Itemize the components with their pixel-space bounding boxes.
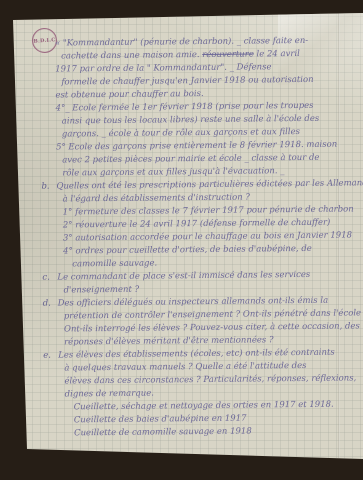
line-text: Des officiers délégués ou inspecteurs al… <box>58 296 329 309</box>
section-marker: b. <box>41 181 56 194</box>
line-text: rôle aux garçons et aux filles jusqu'à l… <box>62 166 284 178</box>
struck-word: réouverture <box>202 49 254 60</box>
line-text: Cueillette de camomille sauvage en 1918 <box>74 426 252 438</box>
section-marker: e. <box>43 350 58 363</box>
line-text: à l'égard des établissements d'instructi… <box>63 193 250 205</box>
line-text: à quelques travaux manuels ? Quelle a ét… <box>64 361 306 374</box>
line-text: réponses d'élèves méritant d'être mentio… <box>64 335 274 347</box>
scanned-document-page: B.D.I.C « "Kommandantur" (pénurie de cha… <box>0 0 363 480</box>
handwritten-text-block: « "Kommandantur" (pénurie de charbon). _… <box>40 34 363 440</box>
section-marker: d. <box>43 298 58 311</box>
line-text: 5° Ecole des garçons prise entièrement l… <box>56 140 337 153</box>
line-text: 2° réouverture le 24 avril 1917 (défense… <box>63 218 331 231</box>
line-text: est obtenue pour chauffer au bois. <box>55 89 203 101</box>
line-text: d'enseignement ? <box>63 285 139 296</box>
line-text: Cueillette, séchage et nettoyage des ort… <box>74 400 334 413</box>
line-text: Cueillette des baies d'aubépine en 1917 <box>74 414 247 426</box>
line-text: garçons. _ école à tour de rôle aux garç… <box>62 127 300 139</box>
line-text: formelle de chauffer jusqu'en Janvier 19… <box>61 75 313 88</box>
line-text: ainsi que tous les locaux libres) reste … <box>62 114 320 127</box>
line-text: 1° fermeture des classes le 7 février 19… <box>63 204 354 217</box>
line-text: élèves dans ces circonstances ? Particul… <box>64 373 356 386</box>
line-text: 4°_ Ecole fermée le 1er février 1918 (pr… <box>56 101 314 114</box>
line-text: 3° autorisation accordée pour le chauffa… <box>63 230 352 243</box>
line-text: Le commandant de place s'est-il immiscé … <box>57 270 310 283</box>
line-text: 1917 par ordre de la " Kommandantur". _ … <box>55 62 271 74</box>
line-text: prétention de contrôler l'enseignement ?… <box>64 308 363 321</box>
line-text: dignes de remarque. <box>65 389 154 400</box>
line-text: Ont-ils interrogé les élèves ? Pouvez-vo… <box>64 321 360 334</box>
line-text: cachette dans une maison amie. <box>61 50 202 61</box>
line-text: Quelles ont été les prescriptions partic… <box>56 178 363 191</box>
line-text-after-strike: le 24 avril <box>254 49 300 59</box>
line-text: 4° ordres pour cueillette d'orties, de b… <box>63 244 312 257</box>
manuscript-paper: B.D.I.C « "Kommandantur" (pénurie de cha… <box>0 0 363 480</box>
line-text: avec 2 petites pièces pour mairie et éco… <box>62 153 319 166</box>
manuscript-line: Cueillette de camomille sauvage en 1918 <box>44 424 363 440</box>
section-marker: c. <box>42 272 57 285</box>
line-text: camomille sauvage. <box>72 258 157 269</box>
line-text: « "Kommandantur" (pénurie de charbon). _… <box>55 36 308 49</box>
line-text: Les élèves des établissements (écoles, e… <box>58 348 335 361</box>
